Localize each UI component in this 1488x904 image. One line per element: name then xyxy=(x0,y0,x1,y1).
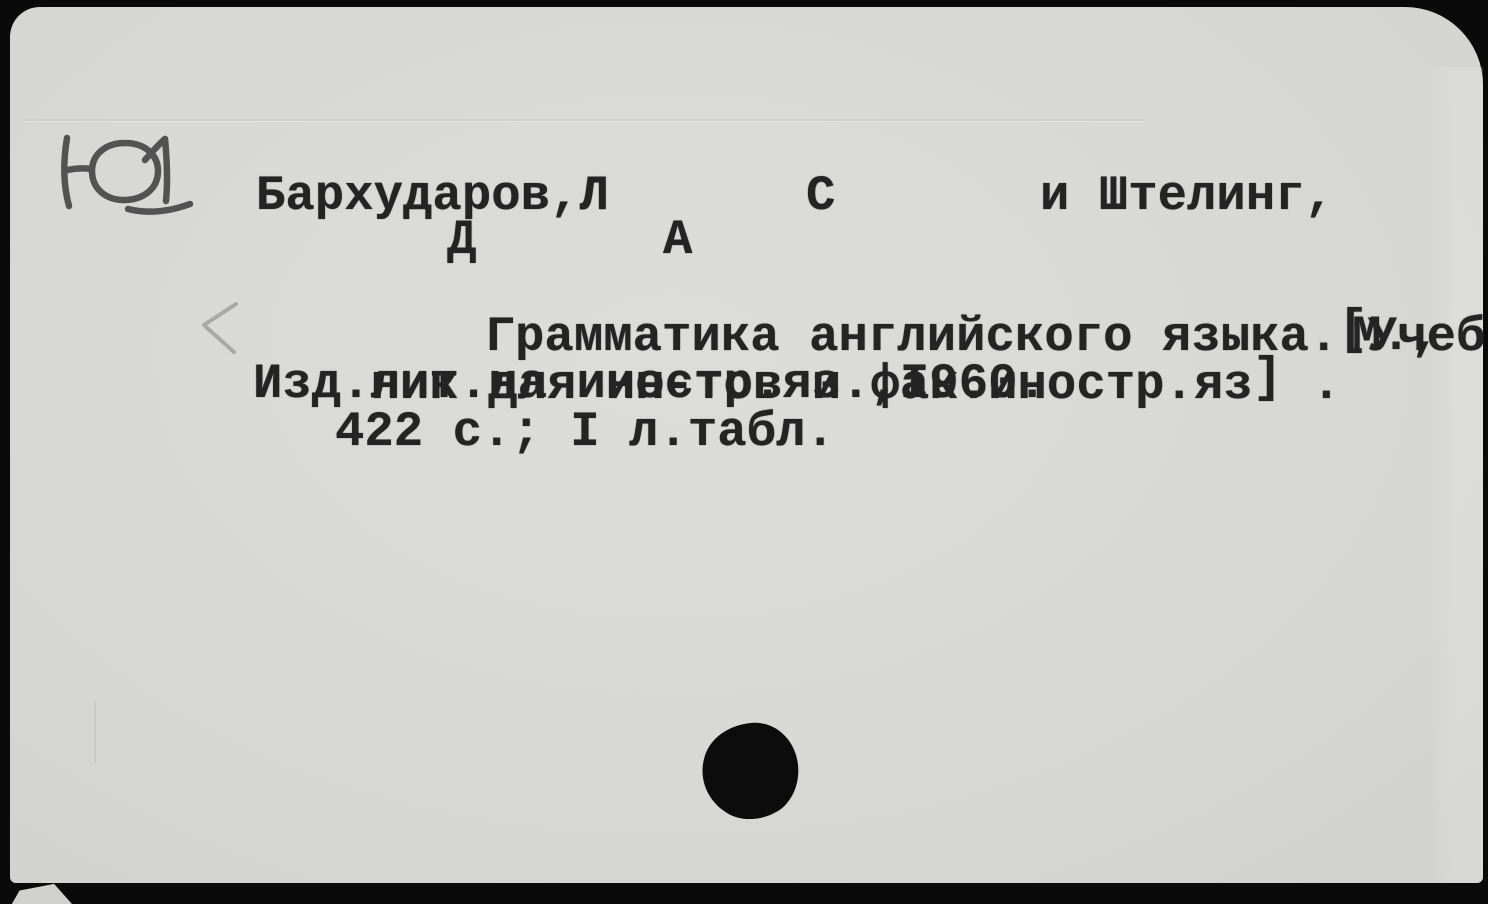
after-bracket-period: . xyxy=(1282,357,1341,413)
bracket-close: ] xyxy=(1253,350,1282,406)
punch-hole xyxy=(694,720,804,826)
pencil-check-mark xyxy=(190,298,242,358)
author-initial-d: Д xyxy=(447,216,476,265)
author-initial-a: А xyxy=(663,216,692,265)
collation-line: 422 с.; I л.табл. xyxy=(335,408,835,457)
scanned-catalog-card-page: Бархударов,Л С и Штелинг, Д А Грамматика… xyxy=(0,0,1488,904)
card-crease-line xyxy=(24,119,1144,121)
author-initial-c: С xyxy=(806,172,835,221)
scan-scratch xyxy=(94,701,96,763)
publisher-year-line: Изд.лит.на иностр.яз.,I960. xyxy=(253,360,1047,409)
author-surname: Бархударов,Л xyxy=(256,172,609,221)
publication-place: М., xyxy=(1352,312,1440,361)
call-number-handwritten-mark xyxy=(50,128,200,216)
second-author: и Штелинг, xyxy=(1040,172,1334,221)
